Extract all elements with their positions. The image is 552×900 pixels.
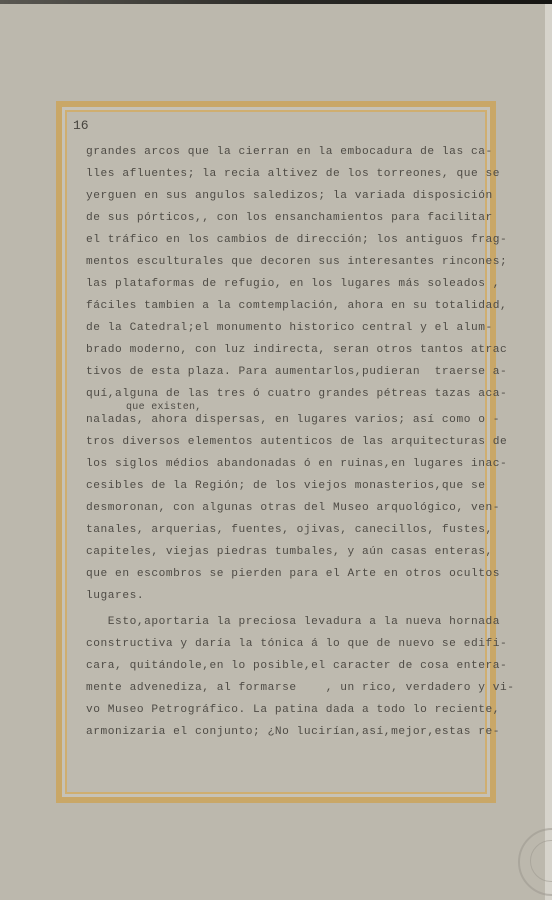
text-line: Esto,aportaria la preciosa levadura a la… [86, 616, 500, 628]
text-line: armonizaria el conjunto; ¿No lucirían,as… [86, 726, 500, 738]
text-line: tanales, arquerias, fuentes, ojivas, can… [86, 524, 493, 536]
text-line: el tráfico en los cambios de dirección; … [86, 234, 507, 246]
paper-edge [545, 4, 552, 900]
text-line: desmoronan, con algunas otras del Museo … [86, 502, 500, 514]
text-line: tivos de esta plaza. Para aumentarlos,pu… [86, 366, 507, 378]
interlinear-insertion: que existen, [126, 402, 202, 413]
text-line: los siglos médios abandonadas ó en ruina… [86, 458, 507, 470]
text-line: lugares. [86, 590, 144, 602]
text-line: capiteles, viejas piedras tumbales, y aú… [86, 546, 493, 558]
text-line: naladas, ahora dispersas, en lugares var… [86, 414, 500, 426]
text-line: tros diversos elementos autenticos de la… [86, 436, 507, 448]
text-line: de sus pórticos,, con los ensanchamiento… [86, 212, 493, 224]
seal-crest-icon [530, 840, 552, 882]
text-line: constructiva y daría la tónica á lo que … [86, 638, 507, 650]
text-line: mente advenediza, al formarse , un rico,… [86, 682, 515, 694]
text-line: vo Museo Petrográfico. La patina dada a … [86, 704, 500, 716]
text-line: cesibles de la Región; de los viejos mon… [86, 480, 486, 492]
text-line: las plataformas de refugio, en los lugar… [86, 278, 500, 290]
text-line: mentos esculturales que decoren sus inte… [86, 256, 507, 268]
text-line: quí,alguna de las tres ó cuatro grandes … [86, 388, 507, 400]
text-line: lles afluentes; la recia altivez de los … [86, 168, 500, 180]
text-line: de la Catedral;el monumento historico ce… [86, 322, 493, 334]
text-line: brado moderno, con luz indirecta, seran … [86, 344, 507, 356]
page-number: 16 [73, 118, 89, 133]
text-line: grandes arcos que la cierran en la emboc… [86, 146, 493, 158]
text-line: cara, quitándole,en lo posible,el caract… [86, 660, 507, 672]
text-line: que en escombros se pierden para el Arte… [86, 568, 500, 580]
text-line: yerguen en sus angulos saledizos; la var… [86, 190, 493, 202]
text-line: fáciles tambien a la comtemplación, ahor… [86, 300, 507, 312]
gold-border-frame [56, 101, 496, 803]
